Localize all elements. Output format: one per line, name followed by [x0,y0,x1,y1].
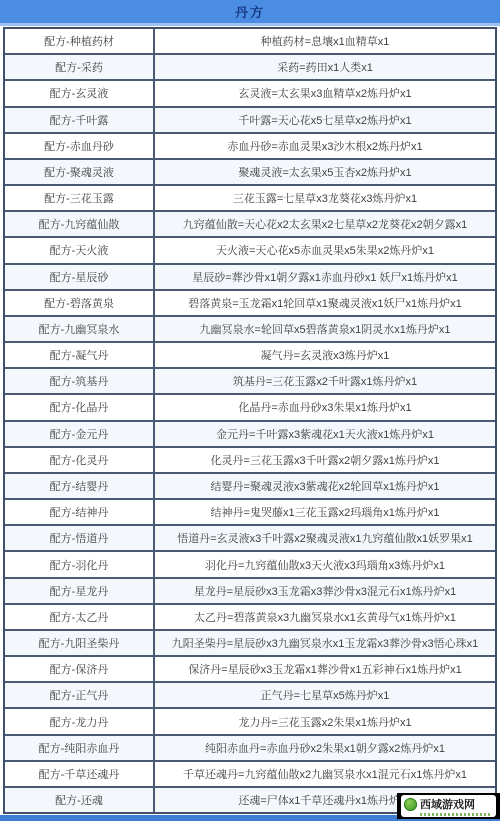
recipe-table: 配方-种植药材 种植药材=息壤x1血精草x1 配方-采药 采药=药田x1人类x1… [3,27,497,814]
recipe-formula-cell: 结神丹=鬼哭藤x1三花玉露x2玛瑙角x1炼丹炉x1 [155,500,495,524]
table-row: 配方-碧落黄泉 碧落黄泉=玉龙霜x1轮回草x1聚魂灵液x1妖尸x1炼丹炉x1 [5,291,495,317]
recipe-name-cell: 配方-凝气丹 [5,343,155,367]
recipe-name-cell: 配方-聚魂灵液 [5,160,155,184]
recipe-formula-cell: 悟道丹=玄灵液x3千叶露x2聚魂灵液x1九窍蕴仙散x1妖罗果x1 [155,526,495,550]
recipe-name-cell: 配方-千草还魂丹 [5,762,155,786]
recipe-formula-cell: 玄灵液=太玄果x3血精草x2炼丹炉x1 [155,81,495,105]
recipe-name-cell: 配方-玄灵液 [5,81,155,105]
table-row: 配方-纯阳赤血丹 纯阳赤血丹=赤血丹砂x2朱果x1朝夕露x2炼丹炉x1 [5,736,495,762]
recipe-formula-cell: 太乙丹=碧落黄泉x3九幽冥泉水x1玄黄母气x1炼丹炉x1 [155,605,495,629]
page-header: 丹方 [0,0,500,26]
recipe-formula-cell: 凝气丹=玄灵液x3炼丹炉x1 [155,343,495,367]
recipe-formula-cell: 千叶露=天心花x5七星草x2炼丹炉x1 [155,108,495,132]
recipe-name-cell: 配方-九幽冥泉水 [5,317,155,341]
recipe-name-cell: 配方-碧落黄泉 [5,291,155,315]
recipe-name-cell: 配方-化晶丹 [5,395,155,419]
recipe-name-cell: 配方-太乙丹 [5,605,155,629]
recipe-formula-cell: 种植药材=息壤x1血精草x1 [155,29,495,53]
table-row: 配方-聚魂灵液 聚魂灵液=太玄果x5玉杏x2炼丹炉x1 [5,160,495,186]
watermark-subtext-line [420,813,491,816]
recipe-name-cell: 配方-星辰砂 [5,265,155,289]
recipe-name-cell: 配方-还魂 [5,788,155,812]
table-row: 配方-化晶丹 化晶丹=赤血丹砂x3朱果x1炼丹炉x1 [5,395,495,421]
table-row: 配方-保济丹 保济丹=星辰砂x3玉龙霜x1葬沙骨x1五彩神石x1炼丹炉x1 [5,657,495,683]
table-row: 配方-三花玉露 三花玉露=七星草x3龙葵花x3炼丹炉x1 [5,186,495,212]
recipe-name-cell: 配方-筑基丹 [5,369,155,393]
recipe-name-cell: 配方-结婴丹 [5,474,155,498]
table-row: 配方-赤血丹砂 赤血丹砂=赤血灵果x3沙木根x2炼丹炉x1 [5,134,495,160]
recipe-name-cell: 配方-三花玉露 [5,186,155,210]
table-row: 配方-结神丹 结神丹=鬼哭藤x1三花玉露x2玛瑙角x1炼丹炉x1 [5,500,495,526]
recipe-name-cell: 配方-采药 [5,55,155,79]
recipe-name-cell: 配方-化灵丹 [5,448,155,472]
recipe-name-cell: 配方-种植药材 [5,29,155,53]
recipe-formula-cell: 筑基丹=三花玉露x2千叶露x1炼丹炉x1 [155,369,495,393]
recipe-formula-cell: 保济丹=星辰砂x3玉龙霜x1葬沙骨x1五彩神石x1炼丹炉x1 [155,657,495,681]
recipe-name-cell: 配方-羽化丹 [5,552,155,576]
watermark-logo-icon [404,798,417,811]
table-row: 配方-千叶露 千叶露=天心花x5七星草x2炼丹炉x1 [5,108,495,134]
recipe-formula-cell: 天火液=天心花x5赤血灵果x5朱果x2炼丹炉x1 [155,238,495,262]
table-row: 配方-星龙丹 星龙丹=星辰砂x3玉龙霜x3葬沙骨x3混元石x1炼丹炉x1 [5,579,495,605]
recipe-formula-cell: 九幽冥泉水=轮回草x5碧落黄泉x1阴灵水x1炼丹炉x1 [155,317,495,341]
table-row: 配方-九阳圣柴丹 九阳圣柴丹=星辰砂x3九幽冥泉水x1玉龙霜x3葬沙骨x3悟心珠… [5,631,495,657]
recipe-name-cell: 配方-千叶露 [5,108,155,132]
recipe-formula-cell: 星龙丹=星辰砂x3玉龙霜x3葬沙骨x3混元石x1炼丹炉x1 [155,579,495,603]
recipe-formula-cell: 聚魂灵液=太玄果x5玉杏x2炼丹炉x1 [155,160,495,184]
table-row: 配方-化灵丹 化灵丹=三花玉露x3千叶露x2朝夕露x1炼丹炉x1 [5,448,495,474]
watermark-box: 西域游戏网 [401,795,496,817]
table-row: 配方-星辰砂 星辰砂=葬沙骨x1朝夕露x1赤血丹砂x1 妖尸x1炼丹炉x1 [5,265,495,291]
table-row: 配方-凝气丹 凝气丹=玄灵液x3炼丹炉x1 [5,343,495,369]
table-row: 配方-九窍蕴仙散 九窍蕴仙散=天心花x2太玄果x2七星草x2龙葵花x2朝夕露x1 [5,212,495,238]
recipe-formula-cell: 九阳圣柴丹=星辰砂x3九幽冥泉水x1玉龙霜x3葬沙骨x3悟心珠x1 [155,631,495,655]
watermark-site-name: 西域游戏网 [420,796,475,812]
recipe-name-cell: 配方-赤血丹砂 [5,134,155,158]
recipe-name-cell: 配方-纯阳赤血丹 [5,736,155,760]
recipe-formula-cell: 碧落黄泉=玉龙霜x1轮回草x1聚魂灵液x1妖尸x1炼丹炉x1 [155,291,495,315]
table-row: 配方-羽化丹 羽化丹=九窍蕴仙散x3天火液x3玛瑙角x3炼丹炉x1 [5,552,495,578]
page-title: 丹方 [235,2,265,21]
recipe-name-cell: 配方-天火液 [5,238,155,262]
recipe-name-cell: 配方-金元丹 [5,422,155,446]
table-row: 配方-九幽冥泉水 九幽冥泉水=轮回草x5碧落黄泉x1阴灵水x1炼丹炉x1 [5,317,495,343]
recipe-formula-cell: 星辰砂=葬沙骨x1朝夕露x1赤血丹砂x1 妖尸x1炼丹炉x1 [155,265,495,289]
recipe-formula-cell: 赤血丹砂=赤血灵果x3沙木根x2炼丹炉x1 [155,134,495,158]
table-row: 配方-种植药材 种植药材=息壤x1血精草x1 [5,29,495,55]
recipe-formula-cell: 采药=药田x1人类x1 [155,55,495,79]
table-row: 配方-千草还魂丹 千草还魂丹=九窍蕴仙散x2九幽冥泉水x1混元石x1炼丹炉x1 [5,762,495,788]
recipe-name-cell: 配方-结神丹 [5,500,155,524]
table-row: 配方-玄灵液 玄灵液=太玄果x3血精草x2炼丹炉x1 [5,81,495,107]
table-row: 配方-悟道丹 悟道丹=玄灵液x3千叶露x2聚魂灵液x1九窍蕴仙散x1妖罗果x1 [5,526,495,552]
table-row: 配方-天火液 天火液=天心花x5赤血灵果x5朱果x2炼丹炉x1 [5,238,495,264]
recipe-formula-cell: 纯阳赤血丹=赤血丹砂x2朱果x1朝夕露x2炼丹炉x1 [155,736,495,760]
recipe-formula-cell: 龙力丹=三花玉露x2朱果x1炼丹炉x1 [155,709,495,733]
table-row: 配方-金元丹 金元丹=千叶露x3紫魂花x1天火液x1炼丹炉x1 [5,422,495,448]
watermark: 西域游戏网 [397,793,500,819]
recipe-formula-cell: 化晶丹=赤血丹砂x3朱果x1炼丹炉x1 [155,395,495,419]
table-row: 配方-正气丹 正气丹=七星草x5炼丹炉x1 [5,683,495,709]
recipe-name-cell: 配方-龙力丹 [5,709,155,733]
recipe-name-cell: 配方-九窍蕴仙散 [5,212,155,236]
recipe-name-cell: 配方-保济丹 [5,657,155,681]
recipe-name-cell: 配方-星龙丹 [5,579,155,603]
table-row: 配方-太乙丹 太乙丹=碧落黄泉x3九幽冥泉水x1玄黄母气x1炼丹炉x1 [5,605,495,631]
table-row: 配方-筑基丹 筑基丹=三花玉露x2千叶露x1炼丹炉x1 [5,369,495,395]
recipe-formula-cell: 正气丹=七星草x5炼丹炉x1 [155,683,495,707]
recipe-name-cell: 配方-正气丹 [5,683,155,707]
table-row: 配方-结婴丹 结婴丹=聚魂灵液x3紫魂花x2轮回草x1炼丹炉x1 [5,474,495,500]
recipe-name-cell: 配方-悟道丹 [5,526,155,550]
recipe-formula-cell: 三花玉露=七星草x3龙葵花x3炼丹炉x1 [155,186,495,210]
recipe-formula-cell: 化灵丹=三花玉露x3千叶露x2朝夕露x1炼丹炉x1 [155,448,495,472]
recipe-formula-cell: 羽化丹=九窍蕴仙散x3天火液x3玛瑙角x3炼丹炉x1 [155,552,495,576]
recipe-formula-cell: 金元丹=千叶露x3紫魂花x1天火液x1炼丹炉x1 [155,422,495,446]
recipe-formula-cell: 九窍蕴仙散=天心花x2太玄果x2七星草x2龙葵花x2朝夕露x1 [155,212,495,236]
recipe-formula-cell: 千草还魂丹=九窍蕴仙散x2九幽冥泉水x1混元石x1炼丹炉x1 [155,762,495,786]
recipe-formula-cell: 结婴丹=聚魂灵液x3紫魂花x2轮回草x1炼丹炉x1 [155,474,495,498]
recipe-name-cell: 配方-九阳圣柴丹 [5,631,155,655]
table-row: 配方-龙力丹 龙力丹=三花玉露x2朱果x1炼丹炉x1 [5,709,495,735]
table-row: 配方-采药 采药=药田x1人类x1 [5,55,495,81]
